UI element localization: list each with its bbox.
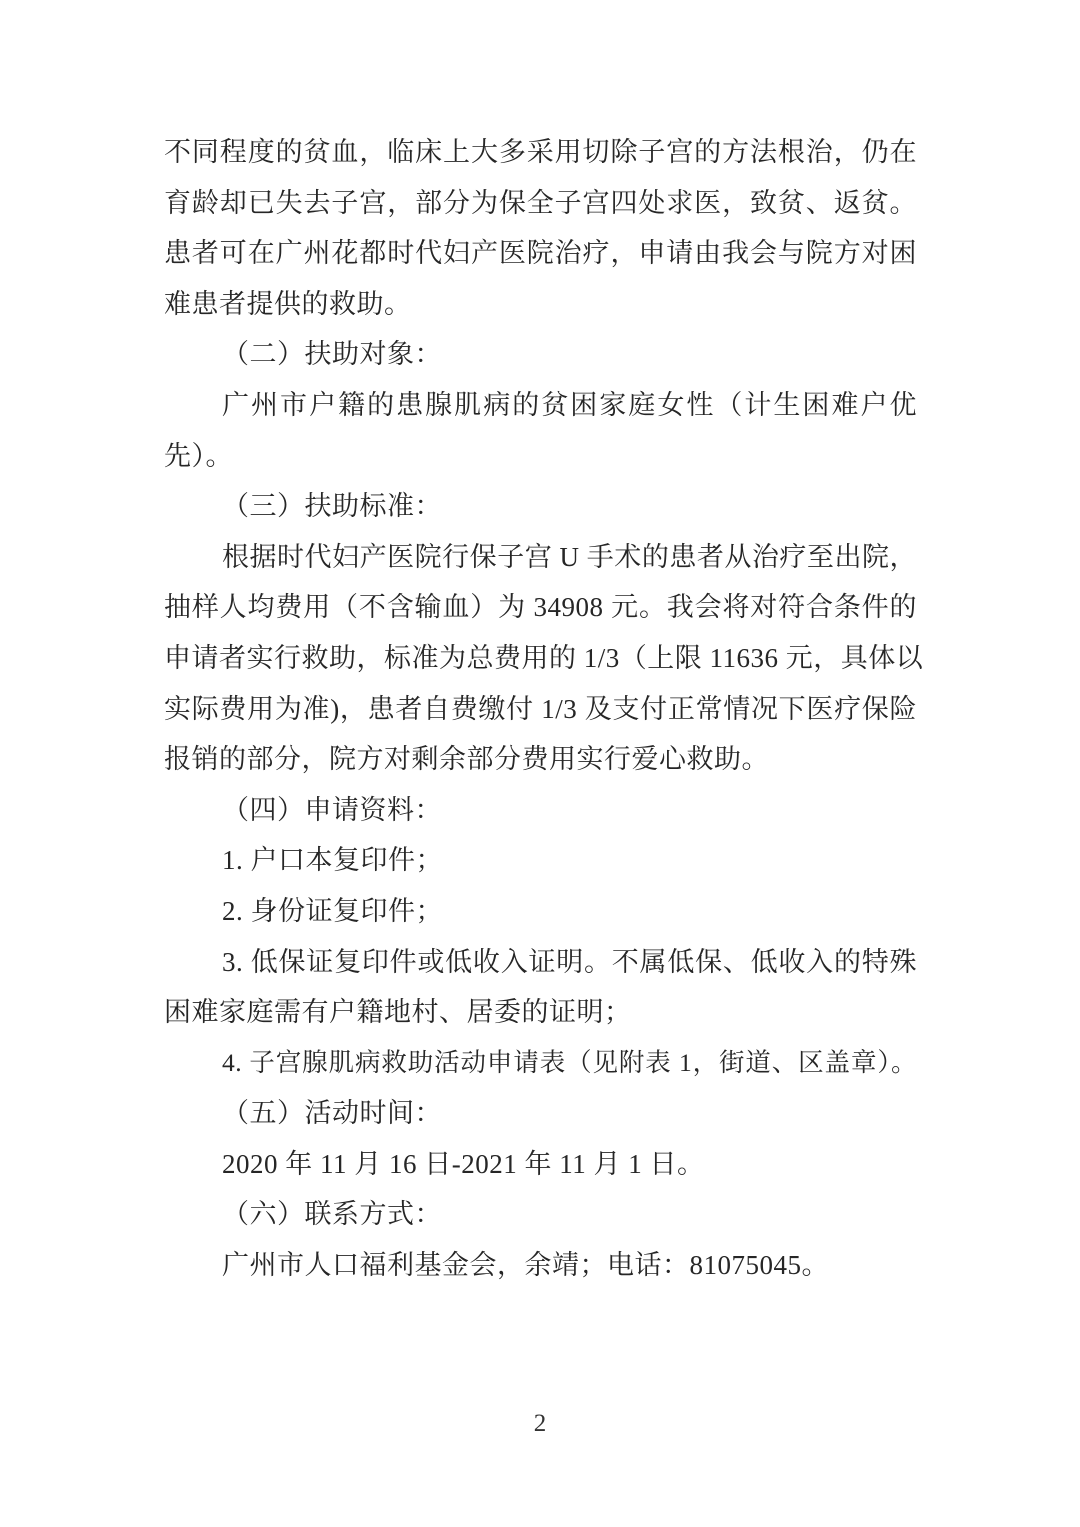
text-line: 根据时代妇产医院行保子宫 U 手术的患者从治疗至出院， bbox=[164, 532, 917, 583]
text-line: 育龄却已失去子宫，部分为保全子宫四处求医，致贫、返贫。 bbox=[164, 178, 917, 229]
section-heading: （四）申请资料： bbox=[164, 785, 917, 836]
section-heading: （三）扶助标准： bbox=[164, 481, 917, 532]
text-line: 报销的部分，院方对剩余部分费用实行爱心救助。 bbox=[164, 734, 917, 785]
scanned-document-page: 不同程度的贫血，临床上大多采用切除子宫的方法根治，仍在 育龄却已失去子宫，部分为… bbox=[0, 0, 1080, 1527]
document-text: 不同程度的贫血，临床上大多采用切除子宫的方法根治，仍在 育龄却已失去子宫，部分为… bbox=[164, 127, 917, 1291]
section-heading: （六）联系方式： bbox=[164, 1189, 917, 1240]
page-number: 2 bbox=[0, 1410, 1080, 1438]
section-heading: （二）扶助对象： bbox=[164, 329, 917, 380]
list-item: 2. 身份证复印件； bbox=[164, 886, 917, 937]
text-line: 先）。 bbox=[164, 431, 917, 482]
text-line: 不同程度的贫血，临床上大多采用切除子宫的方法根治，仍在 bbox=[164, 127, 917, 178]
text-line: 2020 年 11 月 16 日-2021 年 11 月 1 日。 bbox=[164, 1139, 917, 1190]
section-heading: （五）活动时间： bbox=[164, 1088, 917, 1139]
list-item: 3. 低保证复印件或低收入证明。不属低保、低收入的特殊 bbox=[164, 937, 917, 988]
text-line: 广州市户籍的患腺肌病的贫困家庭女性（计生困难户优 bbox=[164, 380, 917, 431]
text-line: 申请者实行救助，标准为总费用的 1/3（上限 11636 元，具体以 bbox=[164, 633, 917, 684]
text-line: 困难家庭需有户籍地村、居委的证明； bbox=[164, 987, 917, 1038]
list-item: 1. 户口本复印件； bbox=[164, 835, 917, 886]
text-line: 患者可在广州花都时代妇产医院治疗，申请由我会与院方对困 bbox=[164, 228, 917, 279]
text-line: 广州市人口福利基金会，余靖；电话：81075045。 bbox=[164, 1240, 917, 1291]
text-line: 抽样人均费用（不含输血）为 34908 元。我会将对符合条件的 bbox=[164, 582, 917, 633]
list-item: 4. 子宫腺肌病救助活动申请表（见附表 1，街道、区盖章）。 bbox=[164, 1038, 917, 1089]
text-line: 实际费用为准)，患者自费缴付 1/3 及支付正常情况下医疗保险 bbox=[164, 684, 917, 735]
text-line: 难患者提供的救助。 bbox=[164, 279, 917, 330]
